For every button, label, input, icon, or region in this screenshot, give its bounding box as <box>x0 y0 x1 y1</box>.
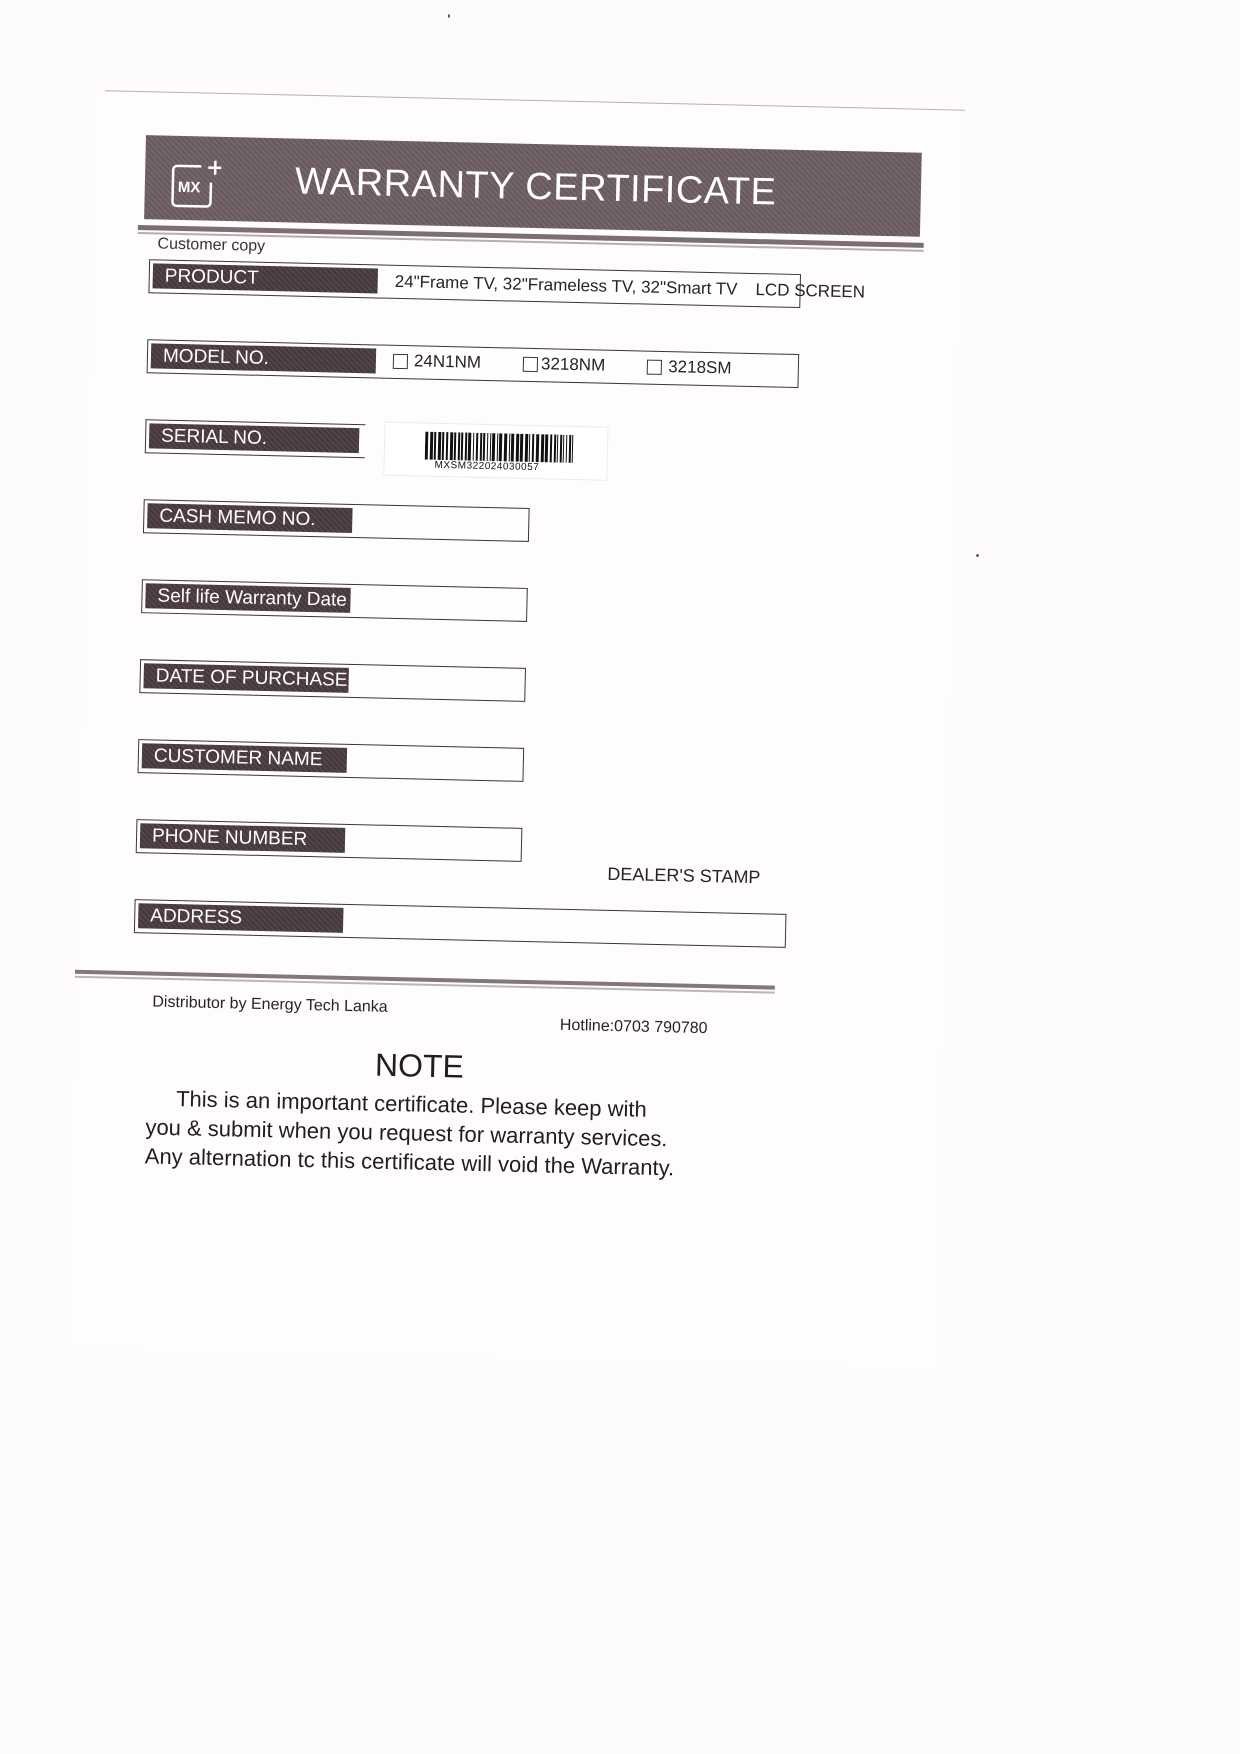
model-option-24n1nm[interactable]: 24N1NM <box>393 351 482 373</box>
checkbox[interactable] <box>393 353 408 368</box>
note-body: This is an important certificate. Please… <box>145 1083 707 1183</box>
warranty-date-field: Self life Warranty Date <box>141 579 528 622</box>
serial-barcode-sticker: MXSM322024030057 <box>383 422 608 481</box>
warranty-date-label: Self life Warranty Date <box>145 583 351 613</box>
cash-memo-field: CASH MEMO NO. <box>143 499 530 542</box>
model-option-3218nm[interactable]: 3218NM <box>523 354 606 376</box>
phone-number-field: PHONE NUMBER <box>136 819 523 862</box>
scan-speck <box>976 554 979 557</box>
checkbox[interactable] <box>647 359 662 374</box>
header-banner: MX WARRANTY CERTIFICATE <box>144 135 922 237</box>
product-label: PRODUCT <box>153 263 379 293</box>
svg-text:MX: MX <box>178 179 201 197</box>
customer-name-field: CUSTOMER NAME <box>138 739 525 782</box>
scan-speck <box>448 14 450 18</box>
product-type: LCD SCREEN <box>755 280 865 301</box>
cash-memo-label: CASH MEMO NO. <box>147 503 353 533</box>
customer-name-label: CUSTOMER NAME <box>142 743 348 773</box>
purchase-date-label: DATE OF PURCHASE <box>143 663 349 693</box>
serial-no-label: SERIAL NO. <box>149 423 360 453</box>
address-label: ADDRESS <box>138 903 344 933</box>
serial-number: MXSM322024030057 <box>434 460 539 473</box>
product-field: PRODUCT 24"Frame TV, 32"Frameless TV, 32… <box>148 259 801 308</box>
hotline-text: Hotline:0703 790780 <box>560 1017 708 1038</box>
model-options: 24N1NM 3218NM 3218SM <box>393 351 732 379</box>
purchase-date-field: DATE OF PURCHASE <box>139 659 526 702</box>
customer-name-input[interactable] <box>348 745 523 781</box>
distributor-text: Distributor by Energy Tech Lanka <box>152 994 388 1017</box>
dealer-stamp-area: DEALER'S STAMP <box>607 864 761 888</box>
barcode-icon <box>425 432 576 463</box>
model-no-field: MODEL NO. 24N1NM 3218NM 3218SM <box>147 339 800 388</box>
model-option-label: 3218NM <box>541 354 606 375</box>
model-no-label: MODEL NO. <box>151 343 377 373</box>
warranty-certificate-page: MX WARRANTY CERTIFICATE Customer copy PR… <box>66 90 964 1369</box>
address-field: ADDRESS <box>134 899 787 948</box>
model-option-label: 3218SM <box>668 357 732 378</box>
copy-label: Customer copy <box>157 235 265 255</box>
checkbox[interactable] <box>523 356 538 371</box>
model-option-label: 24N1NM <box>414 351 482 373</box>
address-input[interactable] <box>345 905 786 947</box>
purchase-date-input[interactable] <box>350 665 525 701</box>
serial-no-field: SERIAL NO. MXSM322024030057 <box>145 419 366 458</box>
phone-number-input[interactable] <box>347 825 522 861</box>
paper-edge <box>105 90 965 111</box>
phone-number-label: PHONE NUMBER <box>140 823 346 853</box>
note-title: NOTE <box>375 1047 465 1086</box>
product-list: 24"Frame TV, 32"Frameless TV, 32"Smart T… <box>395 272 738 299</box>
product-value: 24"Frame TV, 32"Frameless TV, 32"Smart T… <box>394 272 865 303</box>
page-title: WARRANTY CERTIFICATE <box>294 161 776 215</box>
warranty-date-input[interactable] <box>352 585 527 621</box>
model-option-3218sm[interactable]: 3218SM <box>647 357 732 379</box>
cash-memo-input[interactable] <box>354 505 529 541</box>
mx-plus-logo-icon: MX <box>170 158 221 209</box>
